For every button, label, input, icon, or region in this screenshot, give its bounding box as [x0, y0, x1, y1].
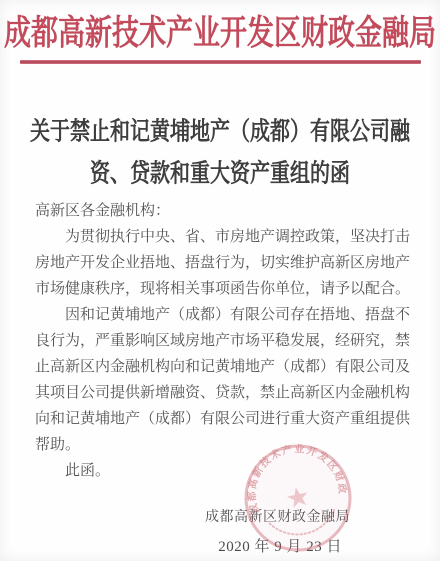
- body-paragraph-2: 因和记黄埔地产（成都）有限公司存在捂地、捂盘不良行为，严重影响区域房地产市场平稳…: [35, 302, 410, 458]
- signature-block: 成都高新区财政金融局 2020 年 9 月 23 日: [0, 505, 440, 560]
- scanned-letter-page: 成都高新技术产业开发区财政金融局 关于禁止和记黄埔地产（成都）有限公司融 资、贷…: [0, 0, 440, 561]
- salutation: 高新区各金融机构：: [35, 198, 410, 224]
- signature-agency: 成都高新区财政金融局: [0, 505, 440, 531]
- closing-phrase: 此函。: [35, 458, 410, 484]
- letterhead-agency-name: 成都高新技术产业开发区财政金融局: [0, 10, 440, 56]
- letter-body: 高新区各金融机构： 为贯彻执行中央、省、市房地产调控政策，坚决打击房地产开发企业…: [35, 198, 410, 484]
- letterhead-agency-text: 成都高新技术产业开发区财政金融局: [4, 4, 436, 63]
- body-paragraph-1: 为贯彻执行中央、省、市房地产调控政策，坚决打击房地产开发企业捂地、捂盘行为，切实…: [35, 224, 410, 302]
- document-title: 关于禁止和记黄埔地产（成都）有限公司融 资、贷款和重大资产重组的函: [0, 111, 440, 195]
- document-title-line2: 资、贷款和重大资产重组的函: [0, 153, 440, 195]
- signature-date: 2020 年 9 月 23 日: [0, 534, 440, 560]
